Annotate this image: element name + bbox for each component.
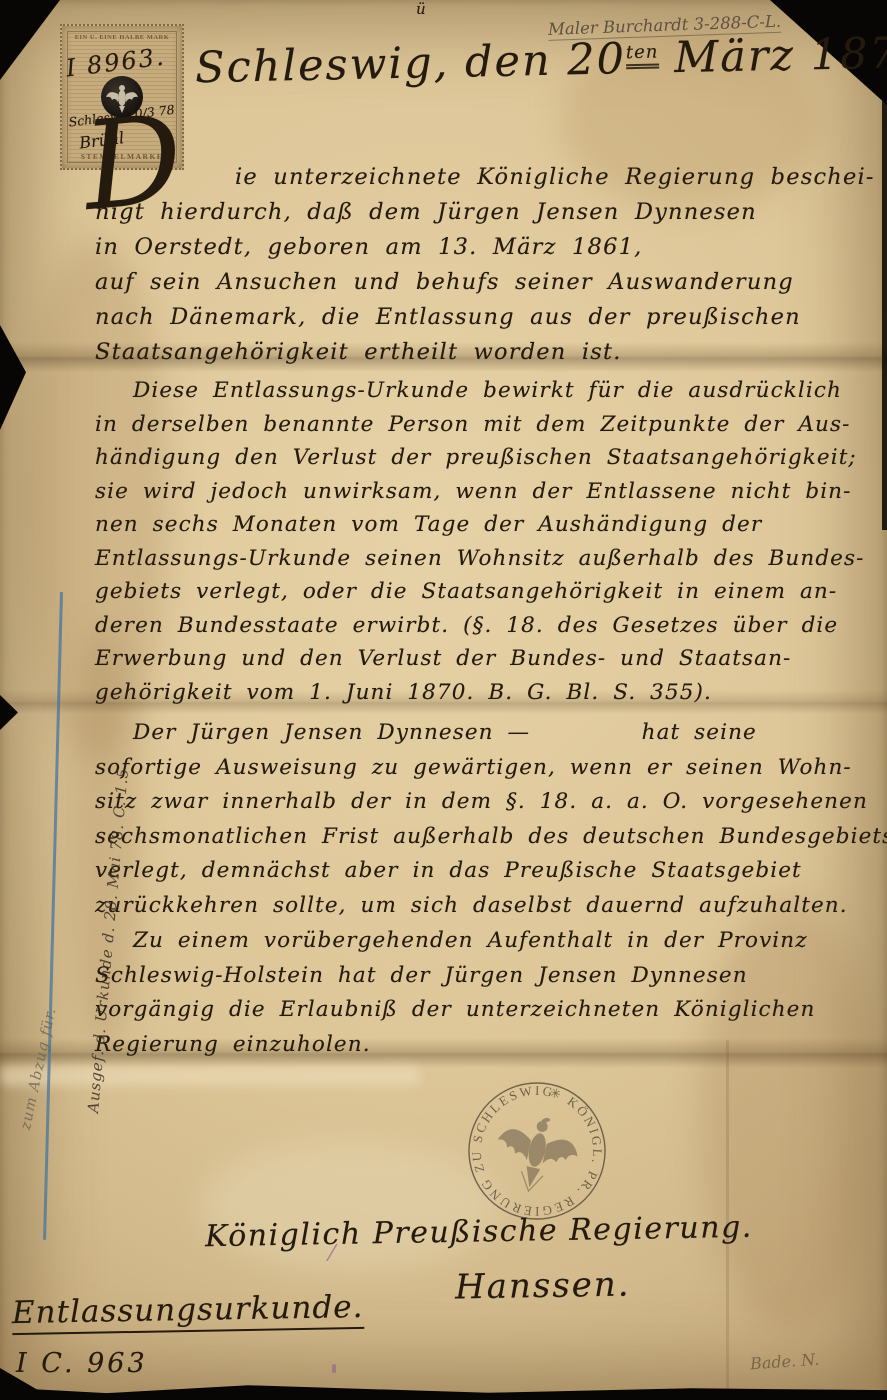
place-date-suffix: März 1878 [658,28,887,84]
paragraph-1: ie unterzeichnete Königliche Regierung b… [95,160,879,370]
body-line: in Oerstedt, geboren am 13. März 1861, [95,230,879,265]
body-line: Diese Entlassungs-Urkunde bewirkt für di… [95,374,879,408]
body-line: ie unterzeichnete Königliche Regierung b… [95,160,879,195]
date-ordinal: ten [626,41,659,69]
body-line: Der Jürgen Jensen Dynnesen — hat seine [95,716,879,751]
paragraph-4: Zu einem vorübergehenden Aufenthalt in d… [95,924,879,1062]
body-line: nigt hierdurch, daß dem Jürgen Jensen Dy… [95,195,879,230]
body-line: deren Bundesstaate erwirbt. (§. 18. des … [95,609,879,643]
body-line: Erwerbung und den Verlust der Bundes- un… [95,642,879,676]
body-line: Regierung einzuholen. [95,1028,879,1063]
paragraph-2: Diese Entlassungs-Urkunde bewirkt für di… [95,374,879,709]
body-line: Schleswig-Holstein hat der Jürgen Jensen… [95,959,879,994]
body-line: nach Dänemark, die Entlassung aus der pr… [95,300,879,335]
body-line: sitz zwar innerhalb der in dem §. 18. a.… [95,785,879,820]
body-line: zurückkehren sollte, um sich daselbst da… [95,889,879,924]
body-line: Staatsangehörigkeit ertheilt worden ist. [95,335,879,370]
torn-edge [882,100,887,530]
body-line: auf sein Ansuchen und behufs seiner Ausw… [95,265,879,300]
fold-highlight [0,1066,420,1086]
body-line: gehörigkeit vom 1. Juni 1870. B. G. Bl. … [95,676,879,710]
seal-eagle-icon [488,1109,584,1200]
paragraph-3: Der Jürgen Jensen Dynnesen — hat seine s… [95,716,879,923]
body-line: Entlassungs-Urkunde seinen Wohnsitz auße… [95,542,879,576]
cancellation-number: I 8963. [64,43,166,83]
signature: Hanssen. [455,1264,631,1307]
body-line: in derselben benannte Person mit dem Zei… [95,408,879,442]
body-line: sie wird jedoch unwirksam, wenn der Entl… [95,475,879,509]
body-line: verlegt, demnächst aber in das Preußisch… [95,854,879,889]
document-title: Entlassungsurkunde. [12,1289,364,1335]
place-date-prefix: Schleswig, den 20 [195,34,627,93]
body-line: sofortige Ausweisung zu gewärtigen, wenn… [95,751,879,786]
body-line: Zu einem vorübergehenden Aufenthalt in d… [95,924,879,959]
file-number: I C. 963 [16,1348,148,1379]
body-line: nen sechs Monaten vom Tage der Aushändig… [95,508,879,542]
body-line: händigung den Verlust der preußischen St… [95,441,879,475]
body-line: sechsmonatlichen Frist außerhalb des deu… [95,820,879,855]
body-line: vorgängig die Erlaubniß der unterzeichne… [95,993,879,1028]
purple-mark [332,1364,336,1373]
document-scan: EIN U. EINE HALBE MARK STEMPELMARKE I 89… [0,0,887,1400]
body-line: gebiets verlegt, oder die Staatsangehöri… [95,575,879,609]
top-mark: ü [416,0,426,18]
purple-mark: ⁄ [330,1242,334,1267]
